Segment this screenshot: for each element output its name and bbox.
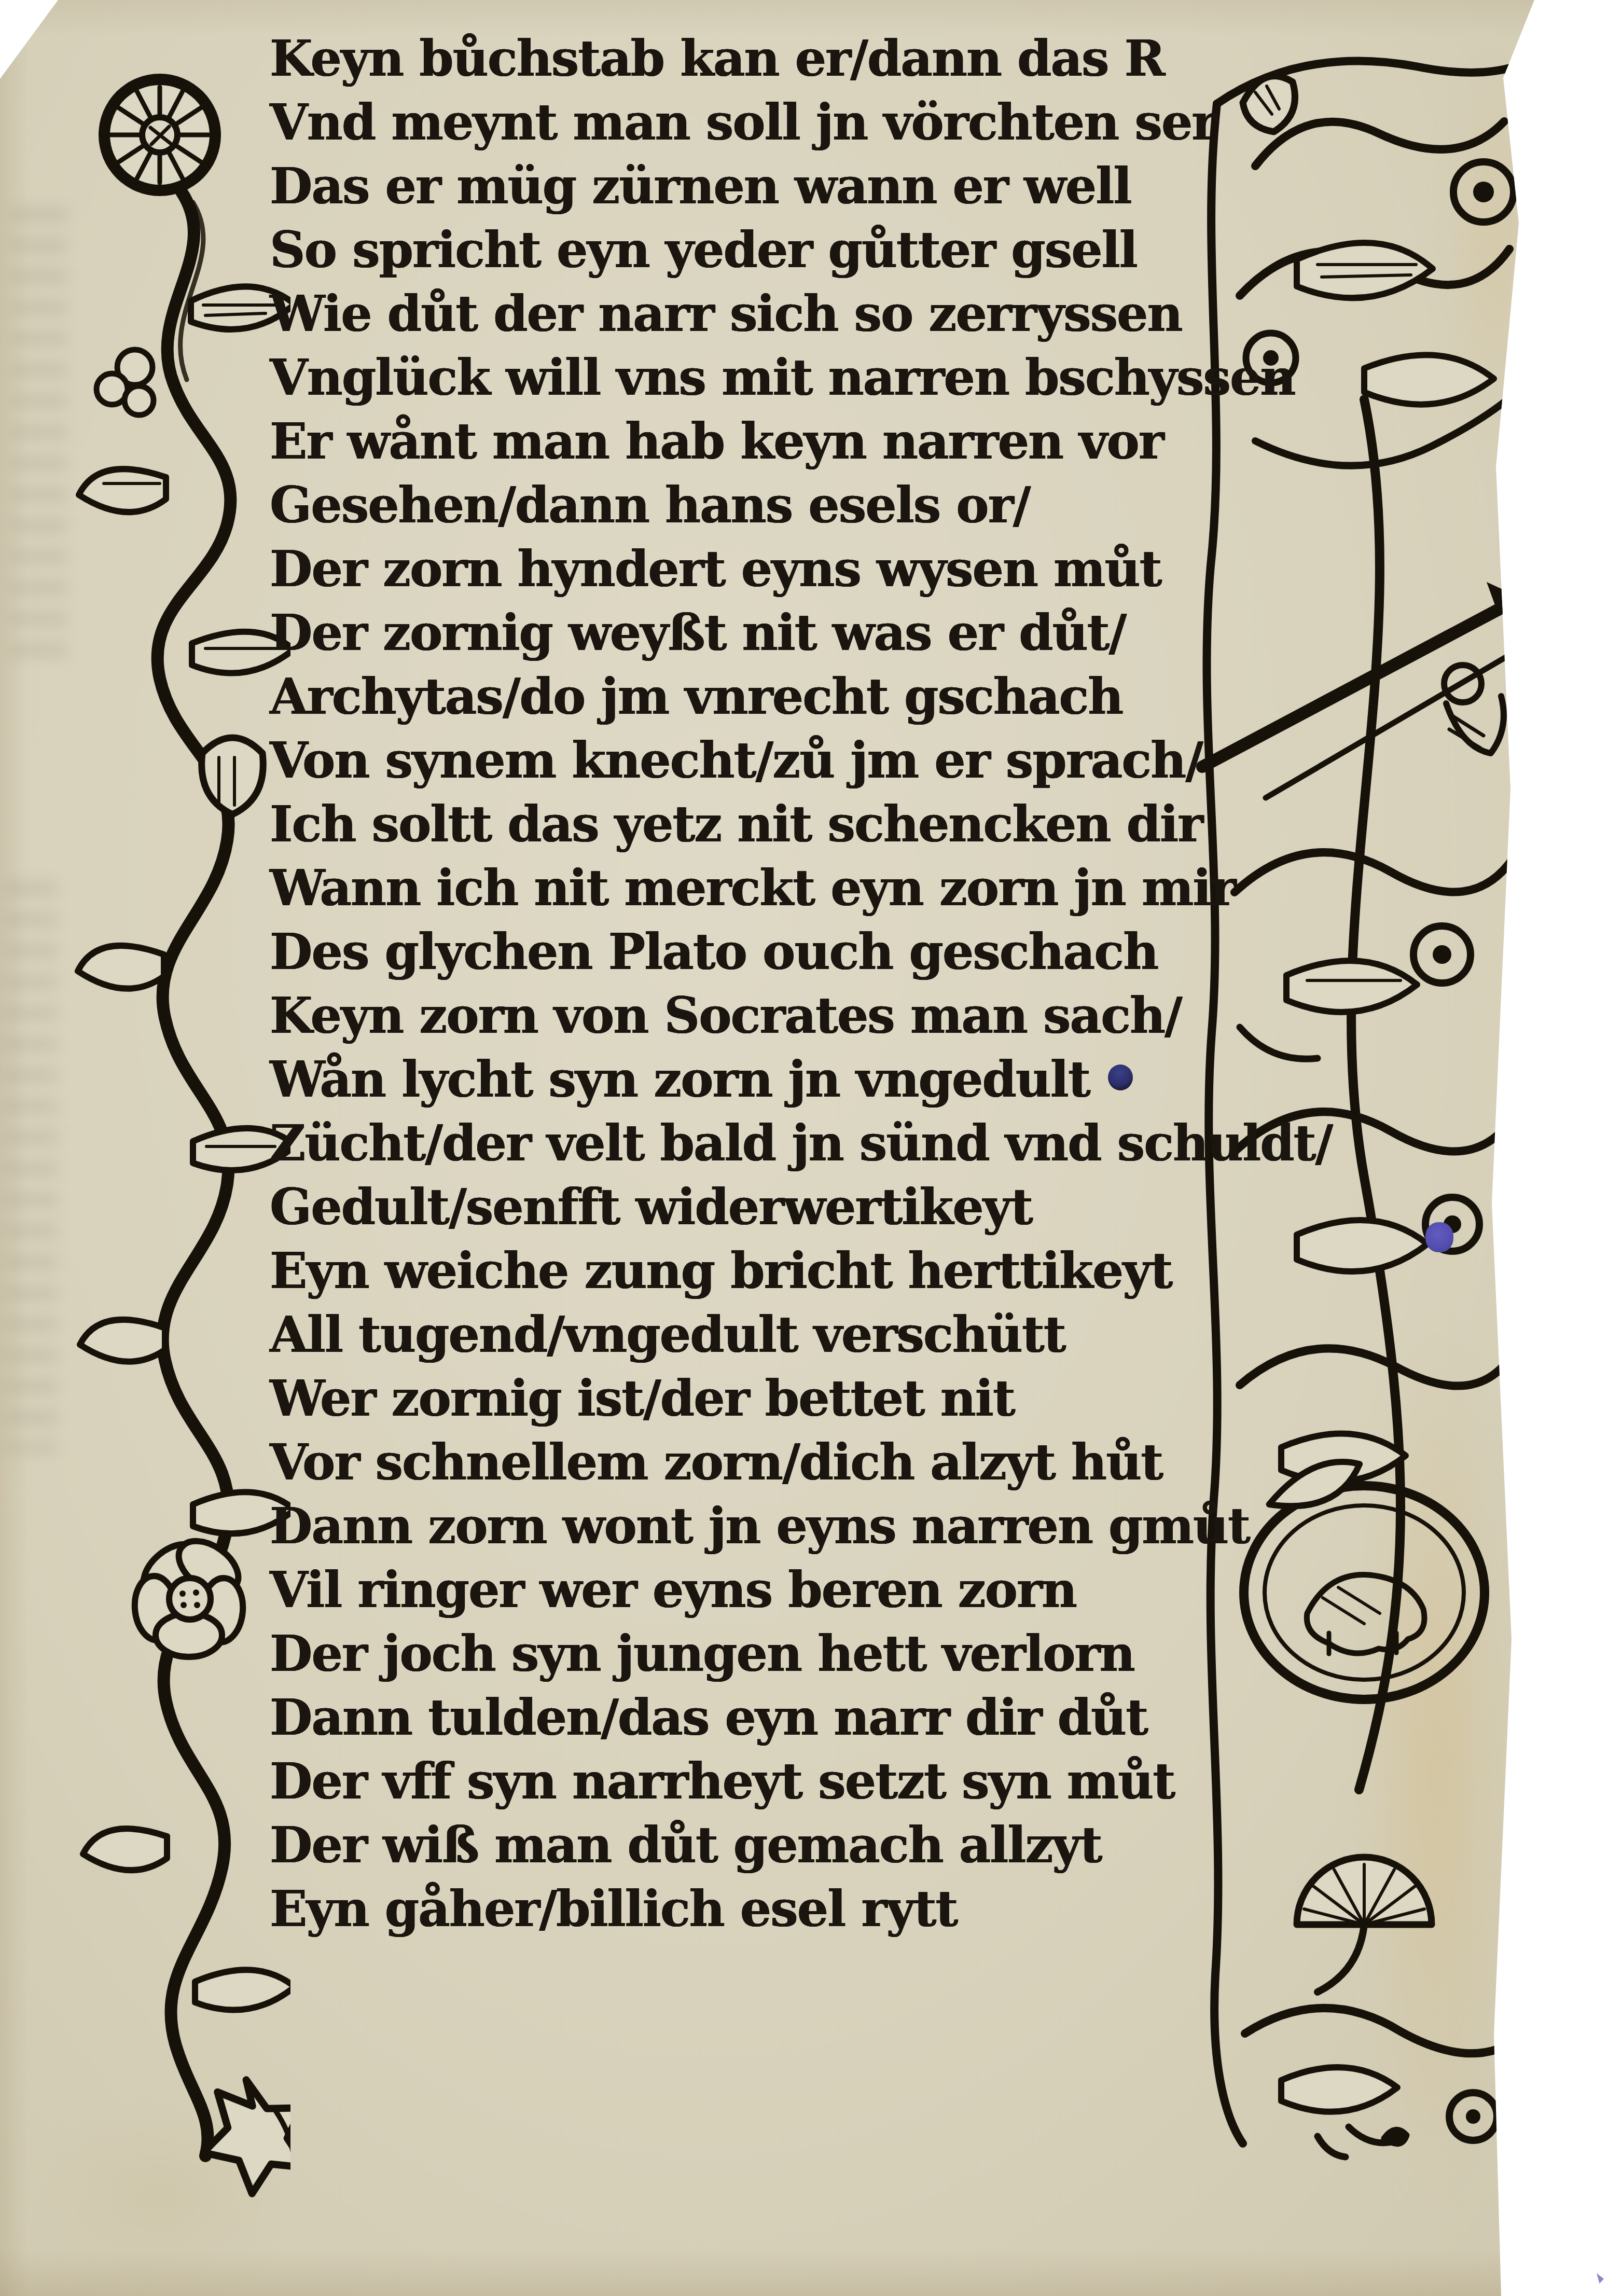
poem-line: Der zorn hyndert eyns wysen můt [270,537,1224,601]
poem-line: Keyn bůchstab kan er/dann das R [270,27,1224,91]
poem-line: Zücht/der velt bald jn sünd vnd schuldt/ [270,1112,1224,1175]
poem-line: Das er müg zürnen wann er well [270,155,1224,218]
poem-line: Eyn weiche zung bricht herttikeyt [270,1239,1224,1303]
ink-dot-dark-blue [1108,1064,1133,1090]
book-page-paper: Keyn bůchstab kan er/dann das RVnd meynt… [0,0,1608,2296]
poem-line: Gesehen/dann hans esels or/ [270,474,1224,537]
poem-line: Der wiß man důt gemach allzyt [270,1814,1224,1877]
poem-line: Vor schnellem zorn/dich alzyt hůt [270,1431,1224,1495]
paper-stain [1359,1307,1515,2215]
floral-vine-woodcut-border [73,31,290,2215]
poem-line: Keyn zorn von Socrates man sach/ [270,984,1224,1048]
poem-line: Vnglück will vns mit narren bschyssen [270,346,1224,410]
poem-line: All tugend/vngedult verschütt [270,1303,1224,1367]
poem-line: Archytas/do jm vnrecht gschach [270,665,1224,729]
scan-speck [1597,2273,1604,2284]
poem-line: Wann ich nit merckt eyn zorn jn mir [270,856,1224,920]
poem-line: Der zornig weyßt nit was er důt/ [270,601,1224,665]
poem-line: Der vff syn narrheyt setzt syn můt [270,1750,1224,1814]
poem-line: Dann tulden/das eyn narr dir důt [270,1686,1224,1750]
poem-line: Vnd meynt man soll jn vörchten ser [270,91,1224,155]
poem-line: Des glychen Plato ouch geschach [270,920,1224,984]
ink-showthrough [5,882,57,1453]
poem-line: Der joch syn jungen hett verlorn [270,1622,1224,1686]
poem-line: Wie důt der narr sich so zerryssen [270,282,1224,346]
poem-line: Ich soltt das yetz nit schencken dir [270,793,1224,856]
scanned-book-page: { "document": { "kind": "early-printed-b… [0,0,1608,2296]
poem-line: Dann zorn wont jn eyns narren gmůt [270,1495,1224,1558]
poem-line: Wån lycht syn zorn jn vngedult [270,1048,1224,1112]
poem-line: Von synem knecht/zů jm er sprach/ [270,729,1224,793]
ink-dot-violet [1425,1222,1453,1252]
poem-line: Wer zornig ist/der bettet nit [270,1367,1224,1431]
poem-line: Vil ringer wer eyns beren zorn [270,1558,1224,1622]
poem-line: So spricht eyn yeder gůtter gsell [270,218,1224,282]
paper-stain [31,2101,290,2288]
poem-line: Gedult/senfft widerwertikeyt [270,1175,1224,1239]
poem-text-block: Keyn bůchstab kan er/dann das RVnd meynt… [270,27,1224,1941]
poem-line: Eyn gåher/billich esel rytt [270,1877,1224,1941]
ink-showthrough [10,208,67,674]
poem-line: Er wånt man hab keyn narren vor [270,410,1224,474]
paper-stain [1447,47,1535,441]
